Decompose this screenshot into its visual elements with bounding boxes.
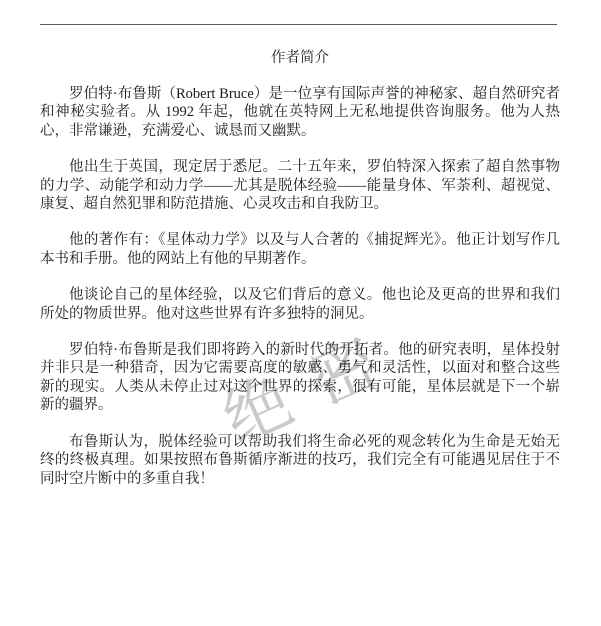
paragraph-author-intro: 罗伯特·布鲁斯（Robert Bruce）是一位享有国际声誉的神秘家、超自然研究… — [40, 85, 560, 140]
paragraph-astral-experience: 他谈论自己的星体经验，以及它们背后的意义。他也论及更高的世界和我们所处的物质世界… — [40, 286, 560, 323]
paragraph-pioneer: 罗伯特·布鲁斯是我们即将跨入的新时代的开拓者。他的研究表明，星体投射并非只是一种… — [40, 341, 560, 415]
paragraph-list: 罗伯特·布鲁斯（Robert Bruce）是一位享有国际声誉的神秘家、超自然研究… — [40, 85, 560, 488]
page-title: 作者简介 — [40, 49, 560, 67]
document-page: 绝密 作者简介 罗伯特·布鲁斯（Robert Bruce）是一位享有国际声誉的神… — [0, 0, 601, 626]
paragraph-conclusion: 布鲁斯认为，脱体经验可以帮助我们将生命必死的观念转化为生命是无始无终的终极真理。… — [40, 433, 560, 488]
header-divider — [40, 24, 557, 25]
document-content: 作者简介 罗伯特·布鲁斯（Robert Bruce）是一位享有国际声誉的神秘家、… — [40, 32, 560, 488]
paragraph-background: 他出生于英国，现定居于悉尼。二十五年来，罗伯特深入探索了超自然事物的力学、动能学… — [40, 158, 560, 213]
paragraph-works: 他的著作有：《星体动力学》以及与人合著的《捕捉辉光》。他正计划写作几本书和手册。… — [40, 231, 560, 268]
